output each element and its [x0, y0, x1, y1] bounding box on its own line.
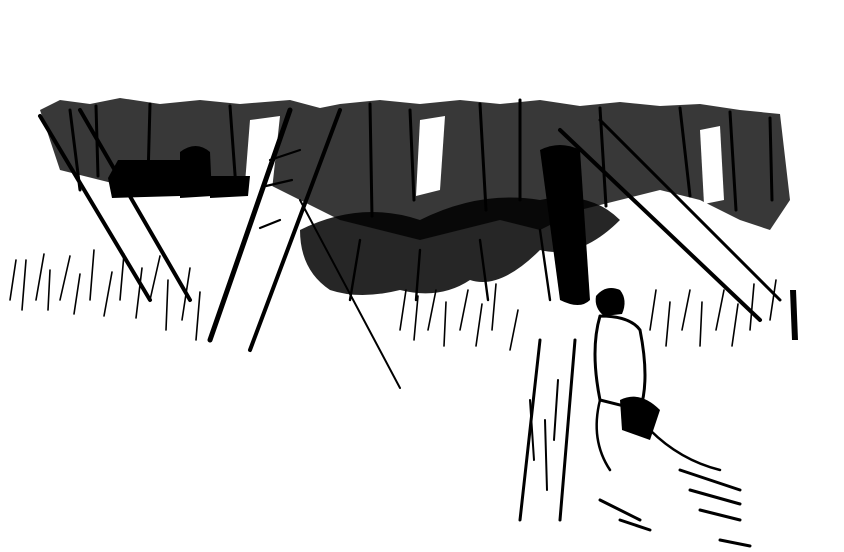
forest-illustration — [0, 0, 844, 552]
tree-stump-right — [520, 340, 750, 546]
